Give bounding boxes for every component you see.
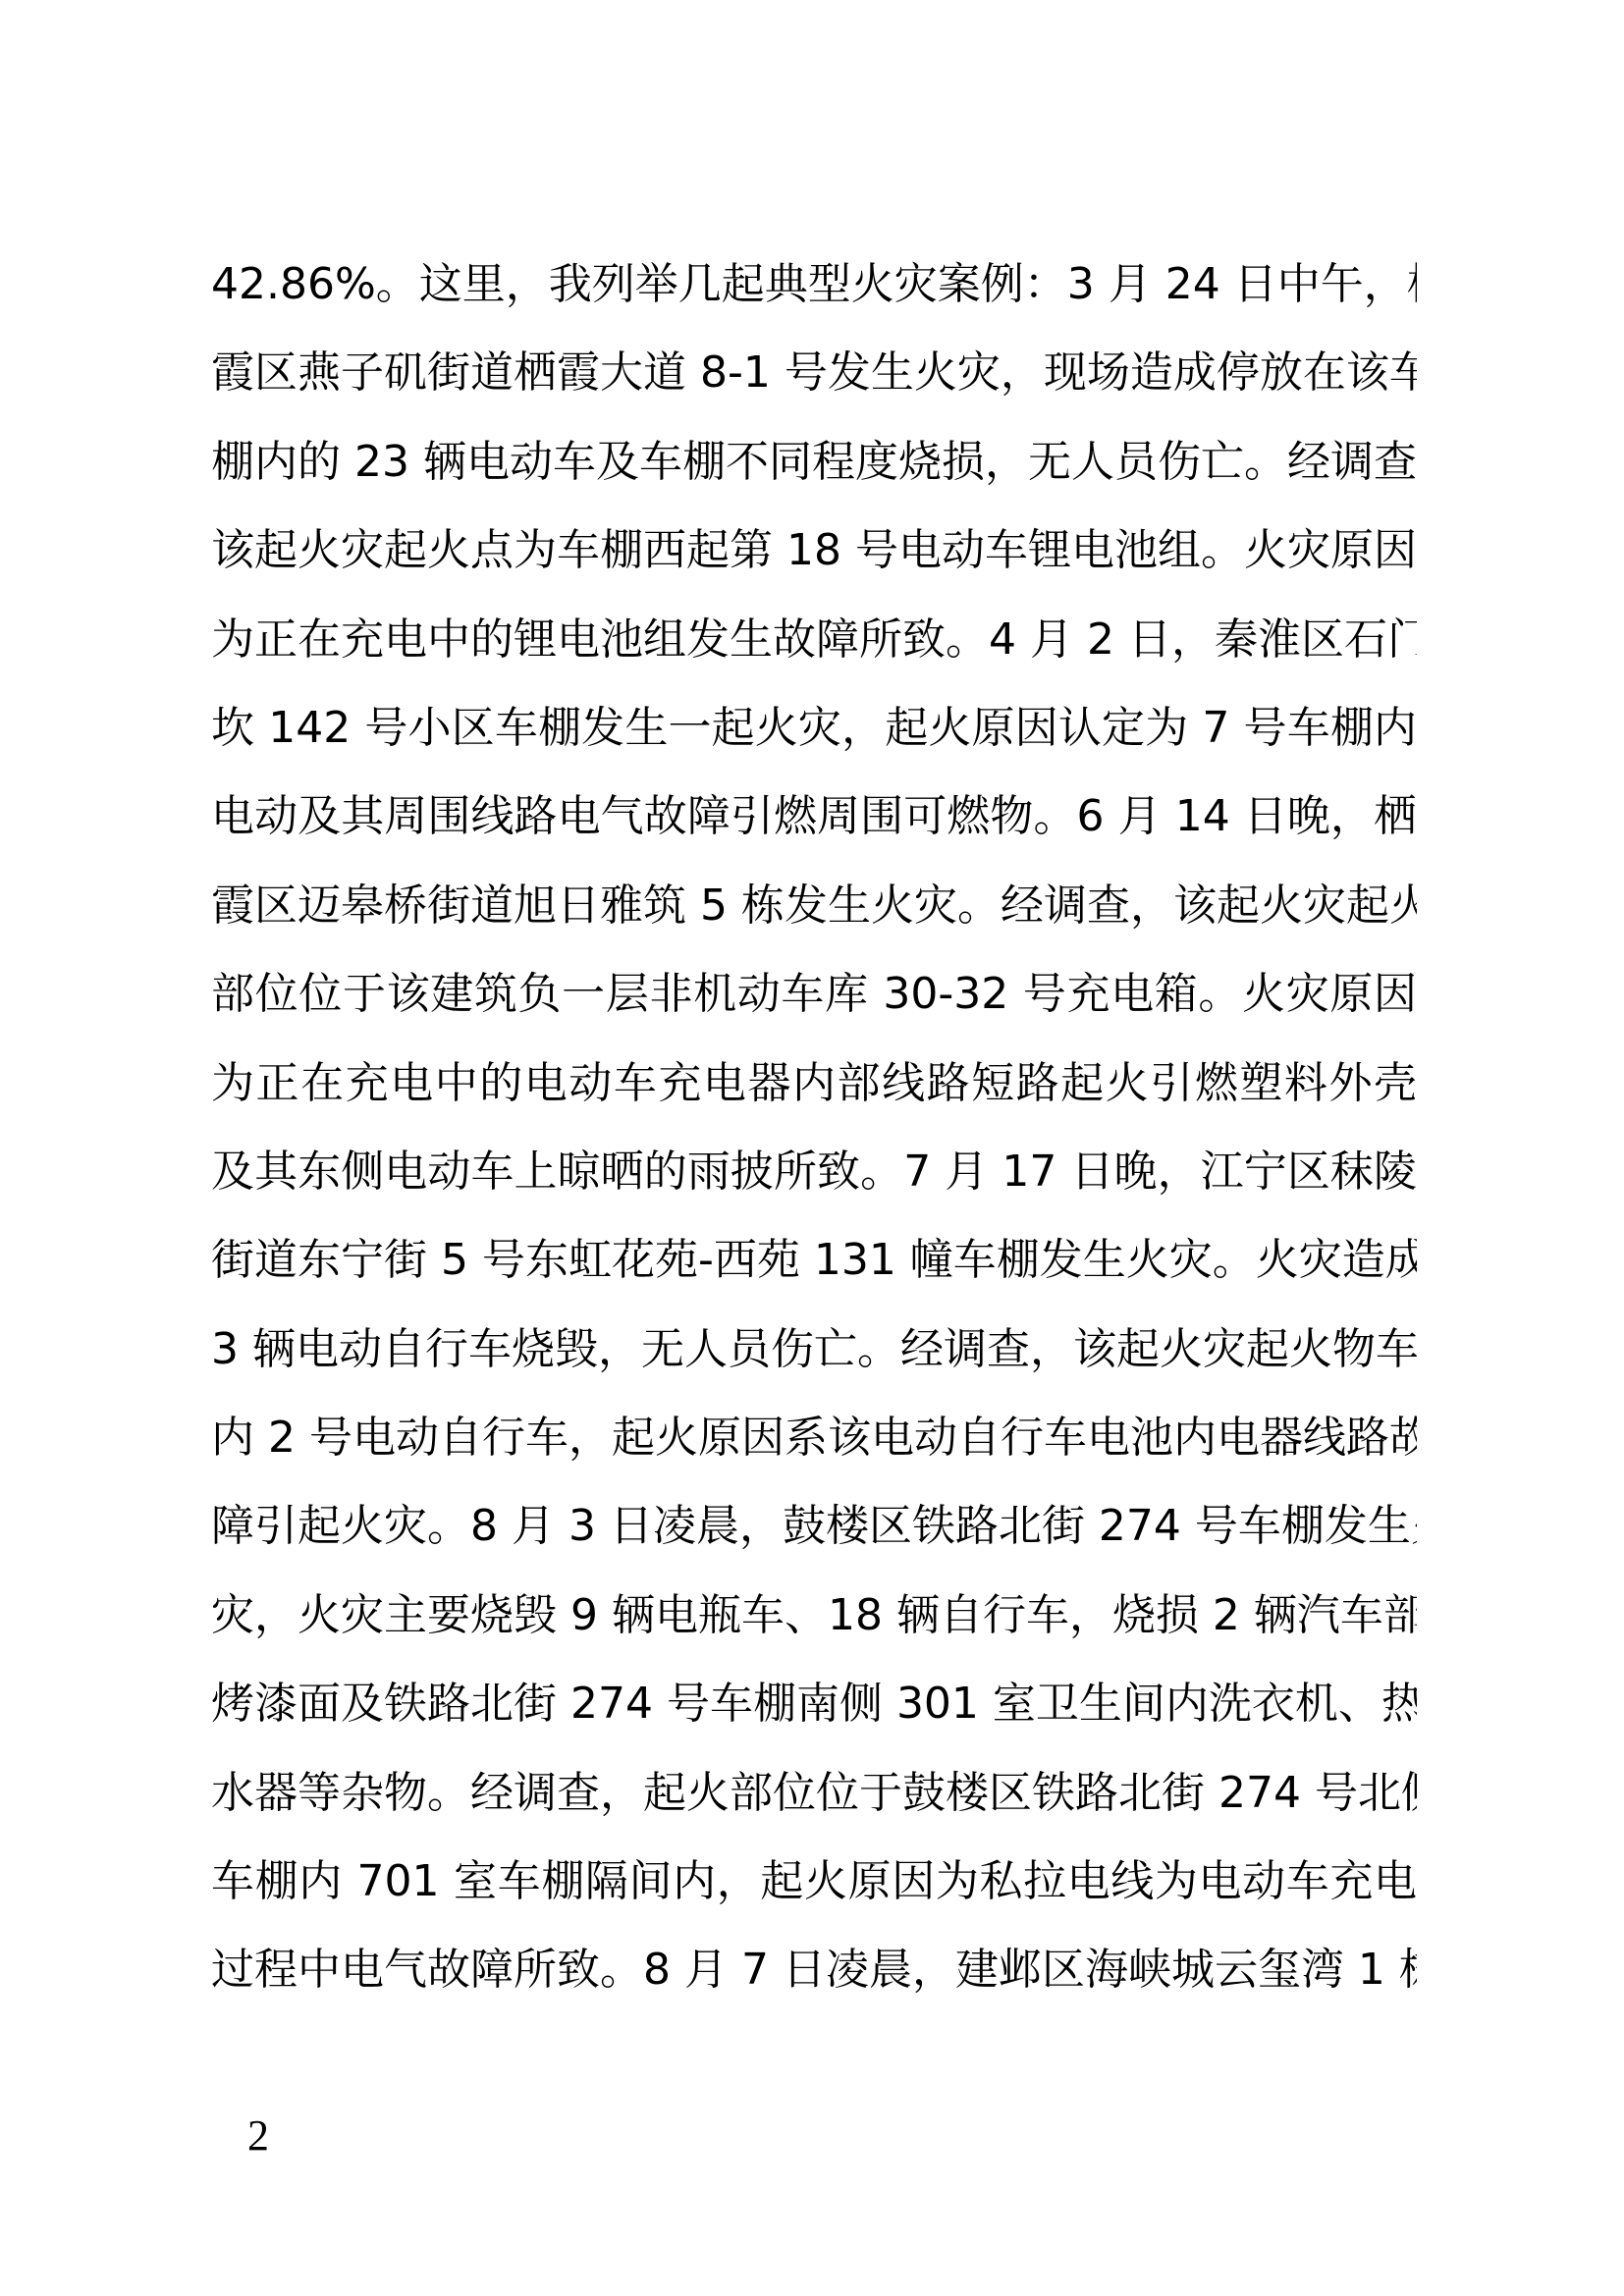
text-line: 及其东侧电动车上晾晒的雨披所致。7 月 17 日晚，江宁区秣陵 [211, 1141, 1417, 1229]
text-line: 霞区燕子矶街道栖霞大道 8-1 号发生火灾，现场造成停放在该车 [211, 342, 1417, 430]
text-line: 烤漆面及铁路北街 274 号车棚南侧 301 室卫生间内洗衣机、热 [211, 1673, 1417, 1761]
text-line: 部位位于该建筑负一层非机动车库 30-32 号充电箱。火灾原因 [211, 963, 1417, 1051]
text-line: 内 2 号电动自行车，起火原因系该电动自行车电池内电器线路故 [211, 1407, 1417, 1495]
text-line: 3 辆电动自行车烧毁，无人员伤亡。经调查，该起火灾起火物车棚 [211, 1318, 1417, 1407]
text-line: 水器等杂物。经调查，起火部位位于鼓楼区铁路北街 274 号北侧 [211, 1762, 1417, 1850]
text-line: 灾，火灾主要烧毁 9 辆电瓶车、18 辆自行车，烧损 2 辆汽车部分 [211, 1584, 1417, 1673]
text-line: 42.86%。这里，我列举几起典型火灾案例：3 月 24 日中午，栖 [211, 253, 1417, 342]
text-line: 过程中电气故障所致。8 月 7 日凌晨，建邺区海峡城云玺湾 1 栋 [211, 1939, 1417, 2027]
text-line: 棚内的 23 辆电动车及车棚不同程度烧损，无人员伤亡。经调查， [211, 431, 1417, 519]
document-page: 42.86%。这里，我列举几起典型火灾案例：3 月 24 日中午，栖 霞区燕子矶… [0, 0, 1624, 2296]
text-line: 障引起火灾。8 月 3 日凌晨，鼓楼区铁路北街 274 号车棚发生火 [211, 1495, 1417, 1583]
text-line: 该起火灾起火点为车棚西起第 18 号电动车锂电池组。火灾原因 [211, 519, 1417, 608]
page-number: 2 [247, 2110, 269, 2161]
text-line: 坎 142 号小区车棚发生一起火灾，起火原因认定为 7 号车棚内 [211, 697, 1417, 785]
text-line: 车棚内 701 室车棚隔间内，起火原因为私拉电线为电动车充电 [211, 1850, 1417, 1939]
text-line: 街道东宁街 5 号东虹花苑-西苑 131 幢车棚发生火灾。火灾造成 [211, 1229, 1417, 1317]
text-line: 为正在充电中的电动车充电器内部线路短路起火引燃塑料外壳 [211, 1052, 1417, 1141]
text-line: 为正在充电中的锂电池组发生故障所致。4 月 2 日，秦淮区石门 [211, 609, 1417, 697]
text-line: 霞区迈皋桥街道旭日雅筑 5 栋发生火灾。经调查，该起火灾起火 [211, 875, 1417, 963]
text-line: 电动及其周围线路电气故障引燃周围可燃物。6 月 14 日晚，栖 [211, 785, 1417, 874]
body-paragraph: 42.86%。这里，我列举几起典型火灾案例：3 月 24 日中午，栖 霞区燕子矶… [211, 253, 1417, 2028]
